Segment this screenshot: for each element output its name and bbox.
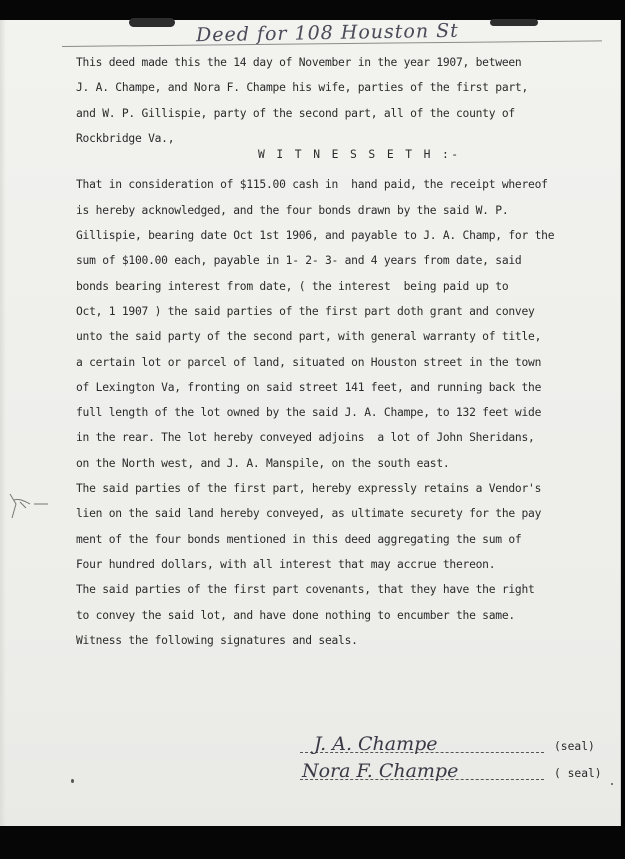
signature-row: Nora F. Champe ( seal) [300, 753, 610, 780]
text-line: and W. P. Gillispie, party of the second… [76, 101, 606, 126]
text-line: bonds bearing interest from date, ( the … [76, 274, 606, 299]
scan-border-bottom [0, 826, 625, 859]
text-line: is hereby acknowledged, and the four bon… [76, 198, 606, 223]
signature-block: J. A. Champe (seal) Nora F. Champe ( sea… [300, 726, 610, 780]
signature-j-a-champe: J. A. Champe [314, 733, 438, 755]
text-line: Oct, 1 1907 ) the said parties of the fi… [76, 299, 606, 324]
text-line: sum of $100.00 each, payable in 1- 2- 3-… [76, 248, 606, 273]
text-line: of Lexington Va, fronting on said street… [76, 375, 606, 400]
text-line: The said parties of the first part coven… [76, 577, 606, 602]
signature-line: J. A. Champe [300, 734, 544, 753]
text-line: to convey the said lot, and have done no… [76, 603, 606, 628]
binder-tab-left [129, 18, 175, 27]
deed-body: This deed made this the 14 day of Novemb… [76, 50, 606, 653]
text-line: unto the said party of the second part, … [76, 324, 606, 349]
seal-label: (seal) [554, 740, 610, 753]
text-line: The said parties of the first part, here… [76, 476, 606, 501]
paper-speck [71, 779, 74, 783]
text-line: full length of the lot owned by the said… [76, 400, 606, 425]
text-line: J. A. Champe, and Nora F. Champe his wif… [76, 75, 606, 100]
text-line: on the North west, and J. A. Manspile, o… [76, 451, 606, 476]
text-line: That in consideration of $115.00 cash in… [76, 172, 606, 197]
signature-row: J. A. Champe (seal) [300, 726, 610, 753]
text-line: in the rear. The lot hereby conveyed adj… [76, 425, 606, 450]
scan-border-top [0, 0, 625, 21]
text-line: a certain lot or parcel of land, situate… [76, 350, 606, 375]
paper-speck [611, 783, 613, 785]
text-line: This deed made this the 14 day of Novemb… [76, 50, 606, 75]
margin-scribble-icon [4, 490, 48, 520]
text-line: ment of the four bonds mentioned in this… [76, 527, 606, 552]
text-line: Four hundred dollars, with all interest … [76, 552, 606, 577]
text-line: lien on the said land hereby conveyed, a… [76, 501, 606, 526]
text-line: Gillispie, bearing date Oct 1st 1906, an… [76, 223, 606, 248]
signature-line: Nora F. Champe [300, 761, 544, 780]
signature-nora-f-champe: Nora F. Champe [302, 760, 458, 782]
text-line: Witness the following signatures and sea… [76, 628, 606, 653]
binder-tab-right [490, 19, 538, 26]
seal-label: ( seal) [554, 767, 610, 780]
